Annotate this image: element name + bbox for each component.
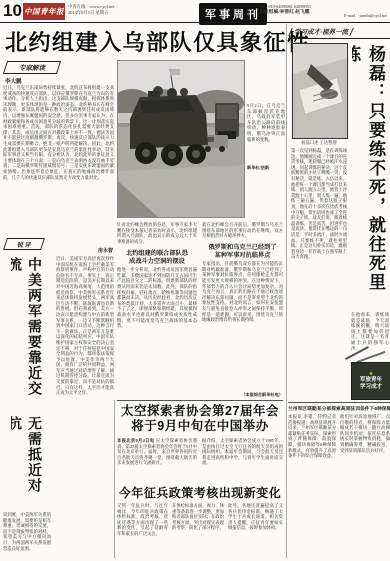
lead-subhead-b-line2: 某种军事对抗临界点 <box>202 252 283 260</box>
photo-credit: 新华社/法新 <box>247 165 285 171</box>
space-headline: 太空探索者协会第27届年会 将于9月中旬在中国举办 <box>117 404 283 434</box>
study-photo-art <box>293 44 347 138</box>
commentary-tag-label: 锐 评 <box>17 240 31 249</box>
stamp-graphic: ★ 军旅青年 学习成才 <box>351 362 390 400</box>
tag-slash-right <box>349 28 354 36</box>
lead-headline: 北约组建入乌部队仅具象征性 <box>5 26 311 57</box>
study-photo <box>292 43 348 139</box>
commentary-column-foot: 说到底，中美两军关系的健康发展，需要的是相互尊重、坦诚相待的交流，而不是剑拔弩张… <box>3 512 51 558</box>
photo-caption: 9月2日，在乌克兰东部顿涅茨克地区，乌政府军装甲车队沿公路向前线机动。种种迹象表… <box>247 103 285 163</box>
lead-colA-top: 针对北约峰会释放的信息，军事专家李大鹏在接受本报记者采访时表示，北约组建所谓入乌… <box>117 222 197 248</box>
yanglei-column2: 在他看来，训练场就是战场，今天训练偷的懒，明天战场上都要加倍偿还。这就是一名普通… <box>351 312 389 356</box>
lanzhou-headline: 兰州军区联勤某分部探索高原驻训条件下6种保障新模式 <box>288 405 390 412</box>
masthead-logo: 中国青年报 <box>23 3 65 20</box>
contact-email: E-mail：junshi@cyol.net <box>344 13 387 19</box>
space-headline-line1: 太空探索者协会第27届年会 <box>117 404 283 419</box>
lanzhou-column2: 他们针对高原地域广、点位散的特点，将保障力量编成若干模块，随行动梯队同步机动；依… <box>340 414 390 558</box>
lead-subhead-a-line2: 成战斗力空洞的摆设 <box>117 258 197 266</box>
stamp-line1: 军旅青年 <box>360 377 382 384</box>
lead-colB-top: 就在北约峰会召开前后，俄罗斯与乌克兰围绕东部地区的军事行动仍在继续，双方互相指责… <box>202 222 283 242</box>
lanzhou-column1: 本报讯 李锴、特约记者范俊报道：高原驻训展开以来，兰州军区联勤某分部紧贴任务实际… <box>288 414 336 558</box>
lead-subhead-b: 俄罗斯和乌克兰已经到了 某种军事对抗临界点 <box>202 244 283 259</box>
yanglei-column1: 第一次见到杨磊，是在训练场边。他刚刚完成一个课目的连贯考核，迷彩服已经被汗水浸透… <box>291 148 347 398</box>
conscription-headline: 今年征兵政策考核出现新变化 <box>117 484 283 501</box>
study-tag-rule <box>288 38 390 39</box>
lead-colB-bottom: 专家指出，目前俄乌双方都在为可能的长期对峙做准备，俄罗斯和乌克兰已经到了某种军事… <box>202 261 283 392</box>
bottom-left-divider <box>114 400 115 558</box>
conscription-column2: 在体检标准方面，视力、体重等条款进一步调整，更加贴近部队岗位实际；在政治考核方面… <box>172 503 224 558</box>
expert-tag: 专家解读 <box>3 61 61 74</box>
masthead-title: 中国青年报 <box>24 6 64 17</box>
lead-subhead-a-line1: 北约组建的联合部队恐 <box>117 250 197 258</box>
lead-credit: （本报综合新华社电） <box>202 392 283 398</box>
convoy-photo-art <box>118 61 244 217</box>
section-divider <box>286 24 287 558</box>
stamp-line2: 学习成才 <box>360 384 382 391</box>
space-column2: 据介绍，太空探索者协会成立于1985年，是由执行过太空飞行任务的航天员组成的国际… <box>202 438 283 480</box>
lead-column-a: 针对北约峰会释放的信息，军事专家李大鹏在接受本报记者采访时表示，北约组建所谓入乌… <box>117 222 197 398</box>
convoy-photo <box>117 60 245 218</box>
expert-tag-label: 专家解读 <box>19 63 45 72</box>
lead-column-b: 就在北约峰会召开前后，俄罗斯与乌克兰围绕东部地区的军事行动仍在继续，双方互相指责… <box>202 222 283 398</box>
study-tag: 学习成才·视界一流 <box>290 27 352 36</box>
conscription-column1: 又到一年征兵时。与往年相比，今年的征兵政策在体检标准、政治考核、优抚待遇等方面出… <box>117 503 168 558</box>
study-byline: 杨磊口述 王达整理 <box>290 140 348 146</box>
conscription-column3: 此外，各地还普遍提高了义务兵优待金标准，畅通了大学生士兵成长通道。相关负责人提醒… <box>228 503 283 558</box>
section-banner-label: 军事周刊 <box>205 9 261 21</box>
space-rule <box>117 400 283 401</box>
commentary-headline-part2: 无需抵近对抗 <box>11 416 45 508</box>
lead-subhead-b-line1: 俄罗斯和乌克兰已经到了 <box>202 244 283 252</box>
lanzhou-rule <box>288 402 390 403</box>
yanglei-headline: 杨磊：只要练不死，就往死里练 <box>352 45 388 307</box>
lead-author: 李大鹏 <box>5 77 22 85</box>
commentary-column-main: 近日，美国军方高层再次炒作中国军机在南海上空拦截美军侦察机事件，声称中方的行动危… <box>56 256 114 558</box>
newspaper-page: 10 中国青年报 中青在线：www.cyol.net 2014年9月5日 星期五… <box>0 0 390 561</box>
space-dateline: 本报北京9月4日电 <box>117 438 154 443</box>
lead-body-left: 近日，乌克兰东部局势持续紧张，北约宣布将组建一支高度戒备的快速反应部队，以回应俄… <box>3 85 114 233</box>
editors-line: 本版组稿/李雪红 赵飞鹏 <box>259 10 311 16</box>
issue-date: 2014年9月5日 星期五 <box>68 10 114 16</box>
space-column1: 本报北京9月4日电 应太空探索者协会邀请，第27届太空探索者协会年会将于9月中旬… <box>117 438 197 480</box>
lead-colA-bottom: 他进一步分析说，北约各成员国军费普遍吃紧，多数国家达不到国防开支占国内生产总值百… <box>117 267 197 398</box>
header-rule <box>0 22 390 23</box>
commentary-tag: 锐 评 <box>3 238 45 250</box>
page-number: 10 <box>3 1 22 21</box>
commentary-author: 房永智 <box>58 247 113 254</box>
space-headline-line2: 将于9月中旬在中国举办 <box>117 419 283 434</box>
commentary-headline-part1: 中美两军需要靠近交流 <box>11 257 45 409</box>
lead-subhead-a: 北约组建的联合部队恐 成战斗力空洞的摆设 <box>117 250 197 265</box>
study-tag-label: 学习成才·视界一流 <box>294 27 348 36</box>
